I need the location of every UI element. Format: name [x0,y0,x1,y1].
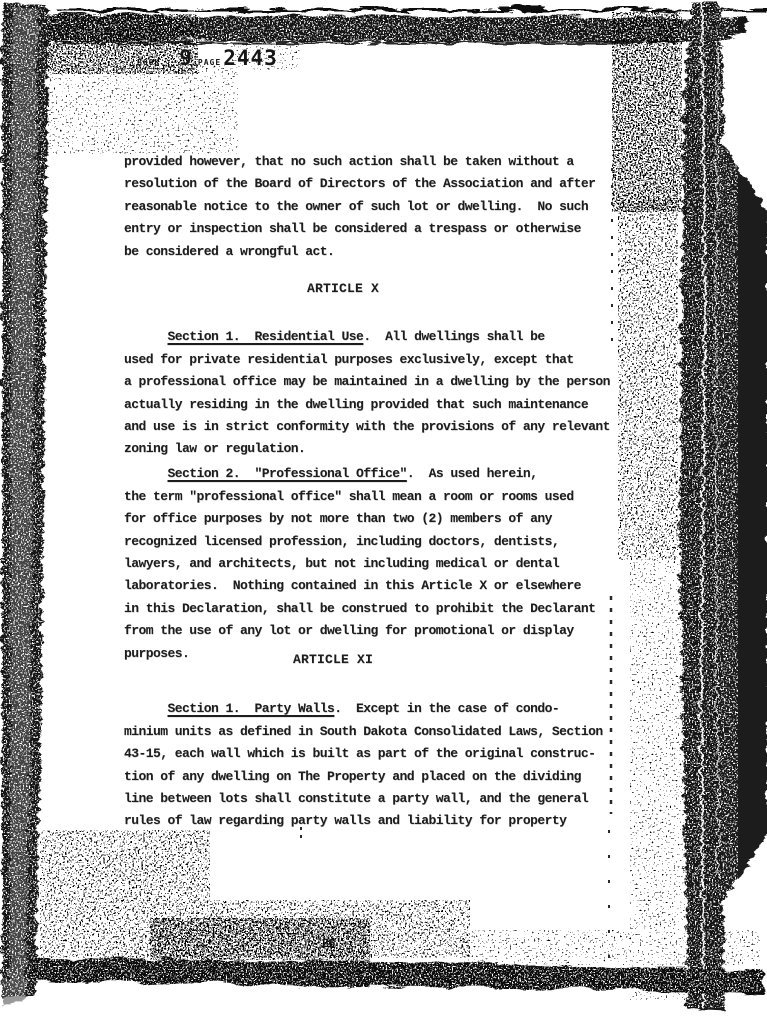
article-xi-section-1-paragraph: Section 1. Party Walls. Except in the ca… [124,676,603,855]
article-x-section-2-heading: Section 2. "Professional Office" [168,466,407,481]
article-xi-heading: ARTICLE XI [293,652,373,667]
article-x-section-2-body: . As used herein, the term "professional… [124,466,595,660]
article-xi-section-1-heading: Section 1. Party Walls [168,701,335,716]
document-text: provided however, that no such action sh… [0,0,767,1024]
article-x-section-2-paragraph: Section 2. "Professional Office". As use… [124,441,595,687]
article-x-section-1-body: . All dwellings shall be used for privat… [124,329,610,456]
continuation-paragraph: provided however, that no such action sh… [124,151,595,263]
article-x-section-1-heading: Section 1. Residential Use [168,329,364,344]
article-xi-section-1-body: . Except in the case of condo- minium un… [124,701,603,828]
scanned-document-page: BOOK 9 PAGE 2443 provided however, that … [0,0,767,1024]
article-x-heading: ARTICLE X [307,281,379,296]
page-number: 26 [322,936,335,950]
